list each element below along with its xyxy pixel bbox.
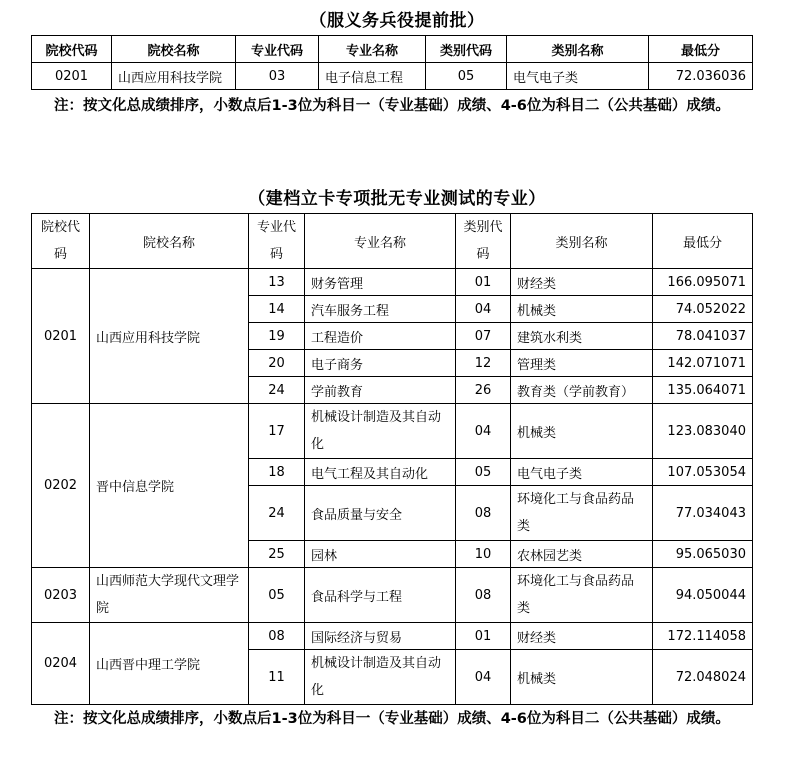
min-score: 166.095071 xyxy=(653,269,753,296)
category-name: 农林园艺类 xyxy=(511,541,653,568)
min-score: 94.050044 xyxy=(653,568,753,623)
min-score: 72.048024 xyxy=(653,650,753,705)
category-code: 04 xyxy=(456,296,511,323)
major-code: 25 xyxy=(249,541,305,568)
table-header-row: 院校代码 院校名称 专业代码 专业名称 类别代码 类别名称 最低分 xyxy=(32,36,753,63)
header-category-name: 类别名称 xyxy=(507,36,649,63)
major-code: 19 xyxy=(249,323,305,350)
table-row: 0201 山西应用科技学院 03 电子信息工程 05 电气电子类 72.0360… xyxy=(32,63,753,90)
category-code: 05 xyxy=(426,63,507,90)
major-name: 汽车服务工程 xyxy=(305,296,456,323)
min-score: 135.064071 xyxy=(653,377,753,404)
category-name: 电气电子类 xyxy=(511,459,653,486)
category-code: 12 xyxy=(456,350,511,377)
major-name: 电气工程及其自动化 xyxy=(305,459,456,486)
table-header-row: 院校代码 院校名称 专业代码 专业名称 类别代码 类别名称 最低分 xyxy=(32,214,753,269)
header-category-code: 类别代码 xyxy=(456,214,511,269)
category-name: 教育类（学前教育） xyxy=(511,377,653,404)
min-score: 123.083040 xyxy=(653,404,753,459)
category-code: 26 xyxy=(456,377,511,404)
table-poverty-special-batch: 院校代码 院校名称 专业代码 专业名称 类别代码 类别名称 最低分 0201 山… xyxy=(31,213,753,705)
category-code: 08 xyxy=(456,568,511,623)
header-school-name: 院校名称 xyxy=(112,36,236,63)
header-category-code: 类别代码 xyxy=(426,36,507,63)
min-score: 172.114058 xyxy=(653,623,753,650)
table-row: 0204 山西晋中理工学院 08 国际经济与贸易 01 财经类 172.1140… xyxy=(32,623,753,650)
category-code: 01 xyxy=(456,269,511,296)
major-name: 财务管理 xyxy=(305,269,456,296)
min-score: 72.036036 xyxy=(649,63,753,90)
major-name: 电子商务 xyxy=(305,350,456,377)
major-code: 05 xyxy=(249,568,305,623)
school-name: 山西晋中理工学院 xyxy=(90,623,249,705)
major-code: 20 xyxy=(249,350,305,377)
school-code: 0201 xyxy=(32,63,112,90)
header-major-name: 专业名称 xyxy=(305,214,456,269)
school-code: 0204 xyxy=(32,623,90,705)
school-name: 晋中信息学院 xyxy=(90,404,249,568)
school-name: 山西应用科技学院 xyxy=(112,63,236,90)
category-code: 08 xyxy=(456,486,511,541)
major-code: 24 xyxy=(249,377,305,404)
table-row: 0203 山西师范大学现代文理学院 05 食品科学与工程 08 环境化工与食品药… xyxy=(32,568,753,623)
category-name: 环境化工与食品药品类 xyxy=(511,568,653,623)
school-code: 0201 xyxy=(32,269,90,404)
header-major-code: 专业代码 xyxy=(236,36,319,63)
header-major-name: 专业名称 xyxy=(319,36,426,63)
category-code: 01 xyxy=(456,623,511,650)
major-code: 14 xyxy=(249,296,305,323)
section1-note: 注：按文化总成绩排序，小数点后1-3位为科目一（专业基础）成绩、4-6位为科目二… xyxy=(24,91,754,121)
category-code: 10 xyxy=(456,541,511,568)
major-name: 国际经济与贸易 xyxy=(305,623,456,650)
major-name: 学前教育 xyxy=(305,377,456,404)
category-code: 05 xyxy=(456,459,511,486)
major-name: 工程造价 xyxy=(305,323,456,350)
major-code: 03 xyxy=(236,63,319,90)
major-code: 18 xyxy=(249,459,305,486)
section1-title: （服义务兵役提前批） xyxy=(0,6,794,31)
header-major-code: 专业代码 xyxy=(249,214,305,269)
category-name: 机械类 xyxy=(511,404,653,459)
major-name: 机械设计制造及其自动化 xyxy=(305,404,456,459)
table-row: 0201 山西应用科技学院 13 财务管理 01 财经类 166.095071 xyxy=(32,269,753,296)
header-min-score: 最低分 xyxy=(649,36,753,63)
category-code: 04 xyxy=(456,650,511,705)
major-name: 机械设计制造及其自动化 xyxy=(305,650,456,705)
school-name: 山西师范大学现代文理学院 xyxy=(90,568,249,623)
school-code: 0202 xyxy=(32,404,90,568)
min-score: 78.041037 xyxy=(653,323,753,350)
category-name: 财经类 xyxy=(511,623,653,650)
header-school-code: 院校代码 xyxy=(32,214,90,269)
category-name: 建筑水利类 xyxy=(511,323,653,350)
min-score: 142.071071 xyxy=(653,350,753,377)
min-score: 107.053054 xyxy=(653,459,753,486)
major-name: 食品科学与工程 xyxy=(305,568,456,623)
category-name: 机械类 xyxy=(511,650,653,705)
min-score: 74.052022 xyxy=(653,296,753,323)
major-name: 电子信息工程 xyxy=(319,63,426,90)
header-category-name: 类别名称 xyxy=(511,214,653,269)
header-school-name: 院校名称 xyxy=(90,214,249,269)
category-name: 机械类 xyxy=(511,296,653,323)
major-name: 园林 xyxy=(305,541,456,568)
major-code: 13 xyxy=(249,269,305,296)
major-code: 24 xyxy=(249,486,305,541)
school-name: 山西应用科技学院 xyxy=(90,269,249,404)
min-score: 77.034043 xyxy=(653,486,753,541)
major-code: 17 xyxy=(249,404,305,459)
category-name: 电气电子类 xyxy=(507,63,649,90)
major-code: 11 xyxy=(249,650,305,705)
category-name: 财经类 xyxy=(511,269,653,296)
category-name: 环境化工与食品药品类 xyxy=(511,486,653,541)
section2-title: （建档立卡专项批无专业测试的专业） xyxy=(0,184,794,209)
section2-note: 注：按文化总成绩排序，小数点后1-3位为科目一（专业基础）成绩、4-6位为科目二… xyxy=(24,704,754,734)
min-score: 95.065030 xyxy=(653,541,753,568)
category-name: 管理类 xyxy=(511,350,653,377)
category-code: 04 xyxy=(456,404,511,459)
header-min-score: 最低分 xyxy=(653,214,753,269)
table-row: 0202 晋中信息学院 17 机械设计制造及其自动化 04 机械类 123.08… xyxy=(32,404,753,459)
header-school-code: 院校代码 xyxy=(32,36,112,63)
major-code: 08 xyxy=(249,623,305,650)
major-name: 食品质量与安全 xyxy=(305,486,456,541)
table-conscript-batch: 院校代码 院校名称 专业代码 专业名称 类别代码 类别名称 最低分 0201 山… xyxy=(31,35,753,90)
school-code: 0203 xyxy=(32,568,90,623)
category-code: 07 xyxy=(456,323,511,350)
